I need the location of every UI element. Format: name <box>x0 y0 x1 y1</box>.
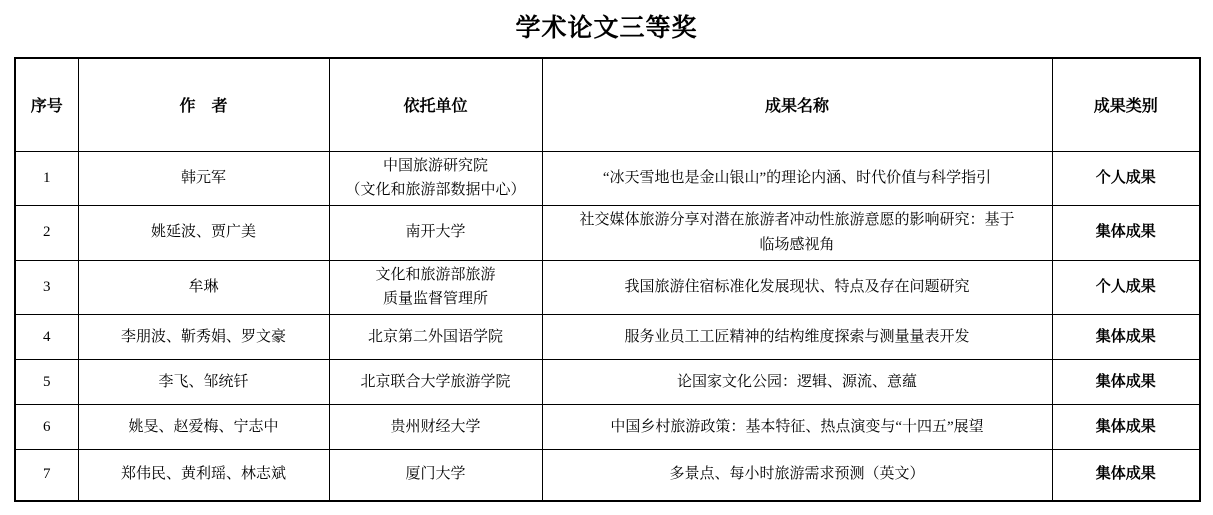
cell-index: 7 <box>15 450 78 501</box>
page-title: 学术论文三等奖 <box>0 0 1213 44</box>
cell-unit: 厦门大学 <box>329 450 542 501</box>
cell-author: 韩元军 <box>78 151 329 206</box>
table-row: 4 李朋波、靳秀娟、罗文豪 北京第二外国语学院 服务业员工工匠精神的结构维度探索… <box>15 315 1200 360</box>
award-table: 序号 作 者 依托单位 成果名称 成果类别 1 韩元军 中国旅游研究院 （文化和… <box>14 57 1201 502</box>
cell-category: 集体成果 <box>1052 405 1200 450</box>
cell-name: 多景点、每小时旅游需求预测（英文） <box>542 450 1052 501</box>
cell-unit: 北京联合大学旅游学院 <box>329 360 542 405</box>
cell-unit: 中国旅游研究院 （文化和旅游部数据中心） <box>329 151 542 206</box>
cell-category: 集体成果 <box>1052 360 1200 405</box>
table-row: 5 李飞、邹统钎 北京联合大学旅游学院 论国家文化公园：逻辑、源流、意蕴 集体成… <box>15 360 1200 405</box>
cell-name: “冰天雪地也是金山银山”的理论内涵、时代价值与科学指引 <box>542 151 1052 206</box>
cell-name: 服务业员工工匠精神的结构维度探索与测量量表开发 <box>542 315 1052 360</box>
cell-category: 集体成果 <box>1052 206 1200 261</box>
cell-index: 6 <box>15 405 78 450</box>
cell-name: 社交媒体旅游分享对潜在旅游者冲动性旅游意愿的影响研究：基于 临场感视角 <box>542 206 1052 261</box>
cell-category: 个人成果 <box>1052 260 1200 315</box>
document-page: 学术论文三等奖 序号 作 者 依托单位 成果名称 成果类别 1 韩元军 中国旅游… <box>0 0 1213 515</box>
col-header-author: 作 者 <box>78 58 329 151</box>
cell-index: 2 <box>15 206 78 261</box>
cell-category: 集体成果 <box>1052 315 1200 360</box>
cell-author: 李飞、邹统钎 <box>78 360 329 405</box>
cell-unit: 北京第二外国语学院 <box>329 315 542 360</box>
cell-author: 姚旻、赵爱梅、宁志中 <box>78 405 329 450</box>
cell-unit: 南开大学 <box>329 206 542 261</box>
col-header-name: 成果名称 <box>542 58 1052 151</box>
col-header-category: 成果类别 <box>1052 58 1200 151</box>
col-header-index: 序号 <box>15 58 78 151</box>
cell-author: 牟琳 <box>78 260 329 315</box>
table-row: 1 韩元军 中国旅游研究院 （文化和旅游部数据中心） “冰天雪地也是金山银山”的… <box>15 151 1200 206</box>
table-row: 6 姚旻、赵爱梅、宁志中 贵州财经大学 中国乡村旅游政策：基本特征、热点演变与“… <box>15 405 1200 450</box>
table-row: 3 牟琳 文化和旅游部旅游 质量监督管理所 我国旅游住宿标准化发展现状、特点及存… <box>15 260 1200 315</box>
cell-name: 论国家文化公园：逻辑、源流、意蕴 <box>542 360 1052 405</box>
table-row: 7 郑伟民、黄利瑶、林志斌 厦门大学 多景点、每小时旅游需求预测（英文） 集体成… <box>15 450 1200 501</box>
cell-index: 5 <box>15 360 78 405</box>
cell-unit: 贵州财经大学 <box>329 405 542 450</box>
cell-category: 集体成果 <box>1052 450 1200 501</box>
cell-author: 姚延波、贾广美 <box>78 206 329 261</box>
cell-index: 4 <box>15 315 78 360</box>
cell-index: 1 <box>15 151 78 206</box>
table-row: 2 姚延波、贾广美 南开大学 社交媒体旅游分享对潜在旅游者冲动性旅游意愿的影响研… <box>15 206 1200 261</box>
col-header-unit: 依托单位 <box>329 58 542 151</box>
cell-index: 3 <box>15 260 78 315</box>
table-header-row: 序号 作 者 依托单位 成果名称 成果类别 <box>15 58 1200 151</box>
cell-author: 李朋波、靳秀娟、罗文豪 <box>78 315 329 360</box>
cell-category: 个人成果 <box>1052 151 1200 206</box>
cell-unit: 文化和旅游部旅游 质量监督管理所 <box>329 260 542 315</box>
cell-name: 我国旅游住宿标准化发展现状、特点及存在问题研究 <box>542 260 1052 315</box>
cell-author: 郑伟民、黄利瑶、林志斌 <box>78 450 329 501</box>
cell-name: 中国乡村旅游政策：基本特征、热点演变与“十四五”展望 <box>542 405 1052 450</box>
